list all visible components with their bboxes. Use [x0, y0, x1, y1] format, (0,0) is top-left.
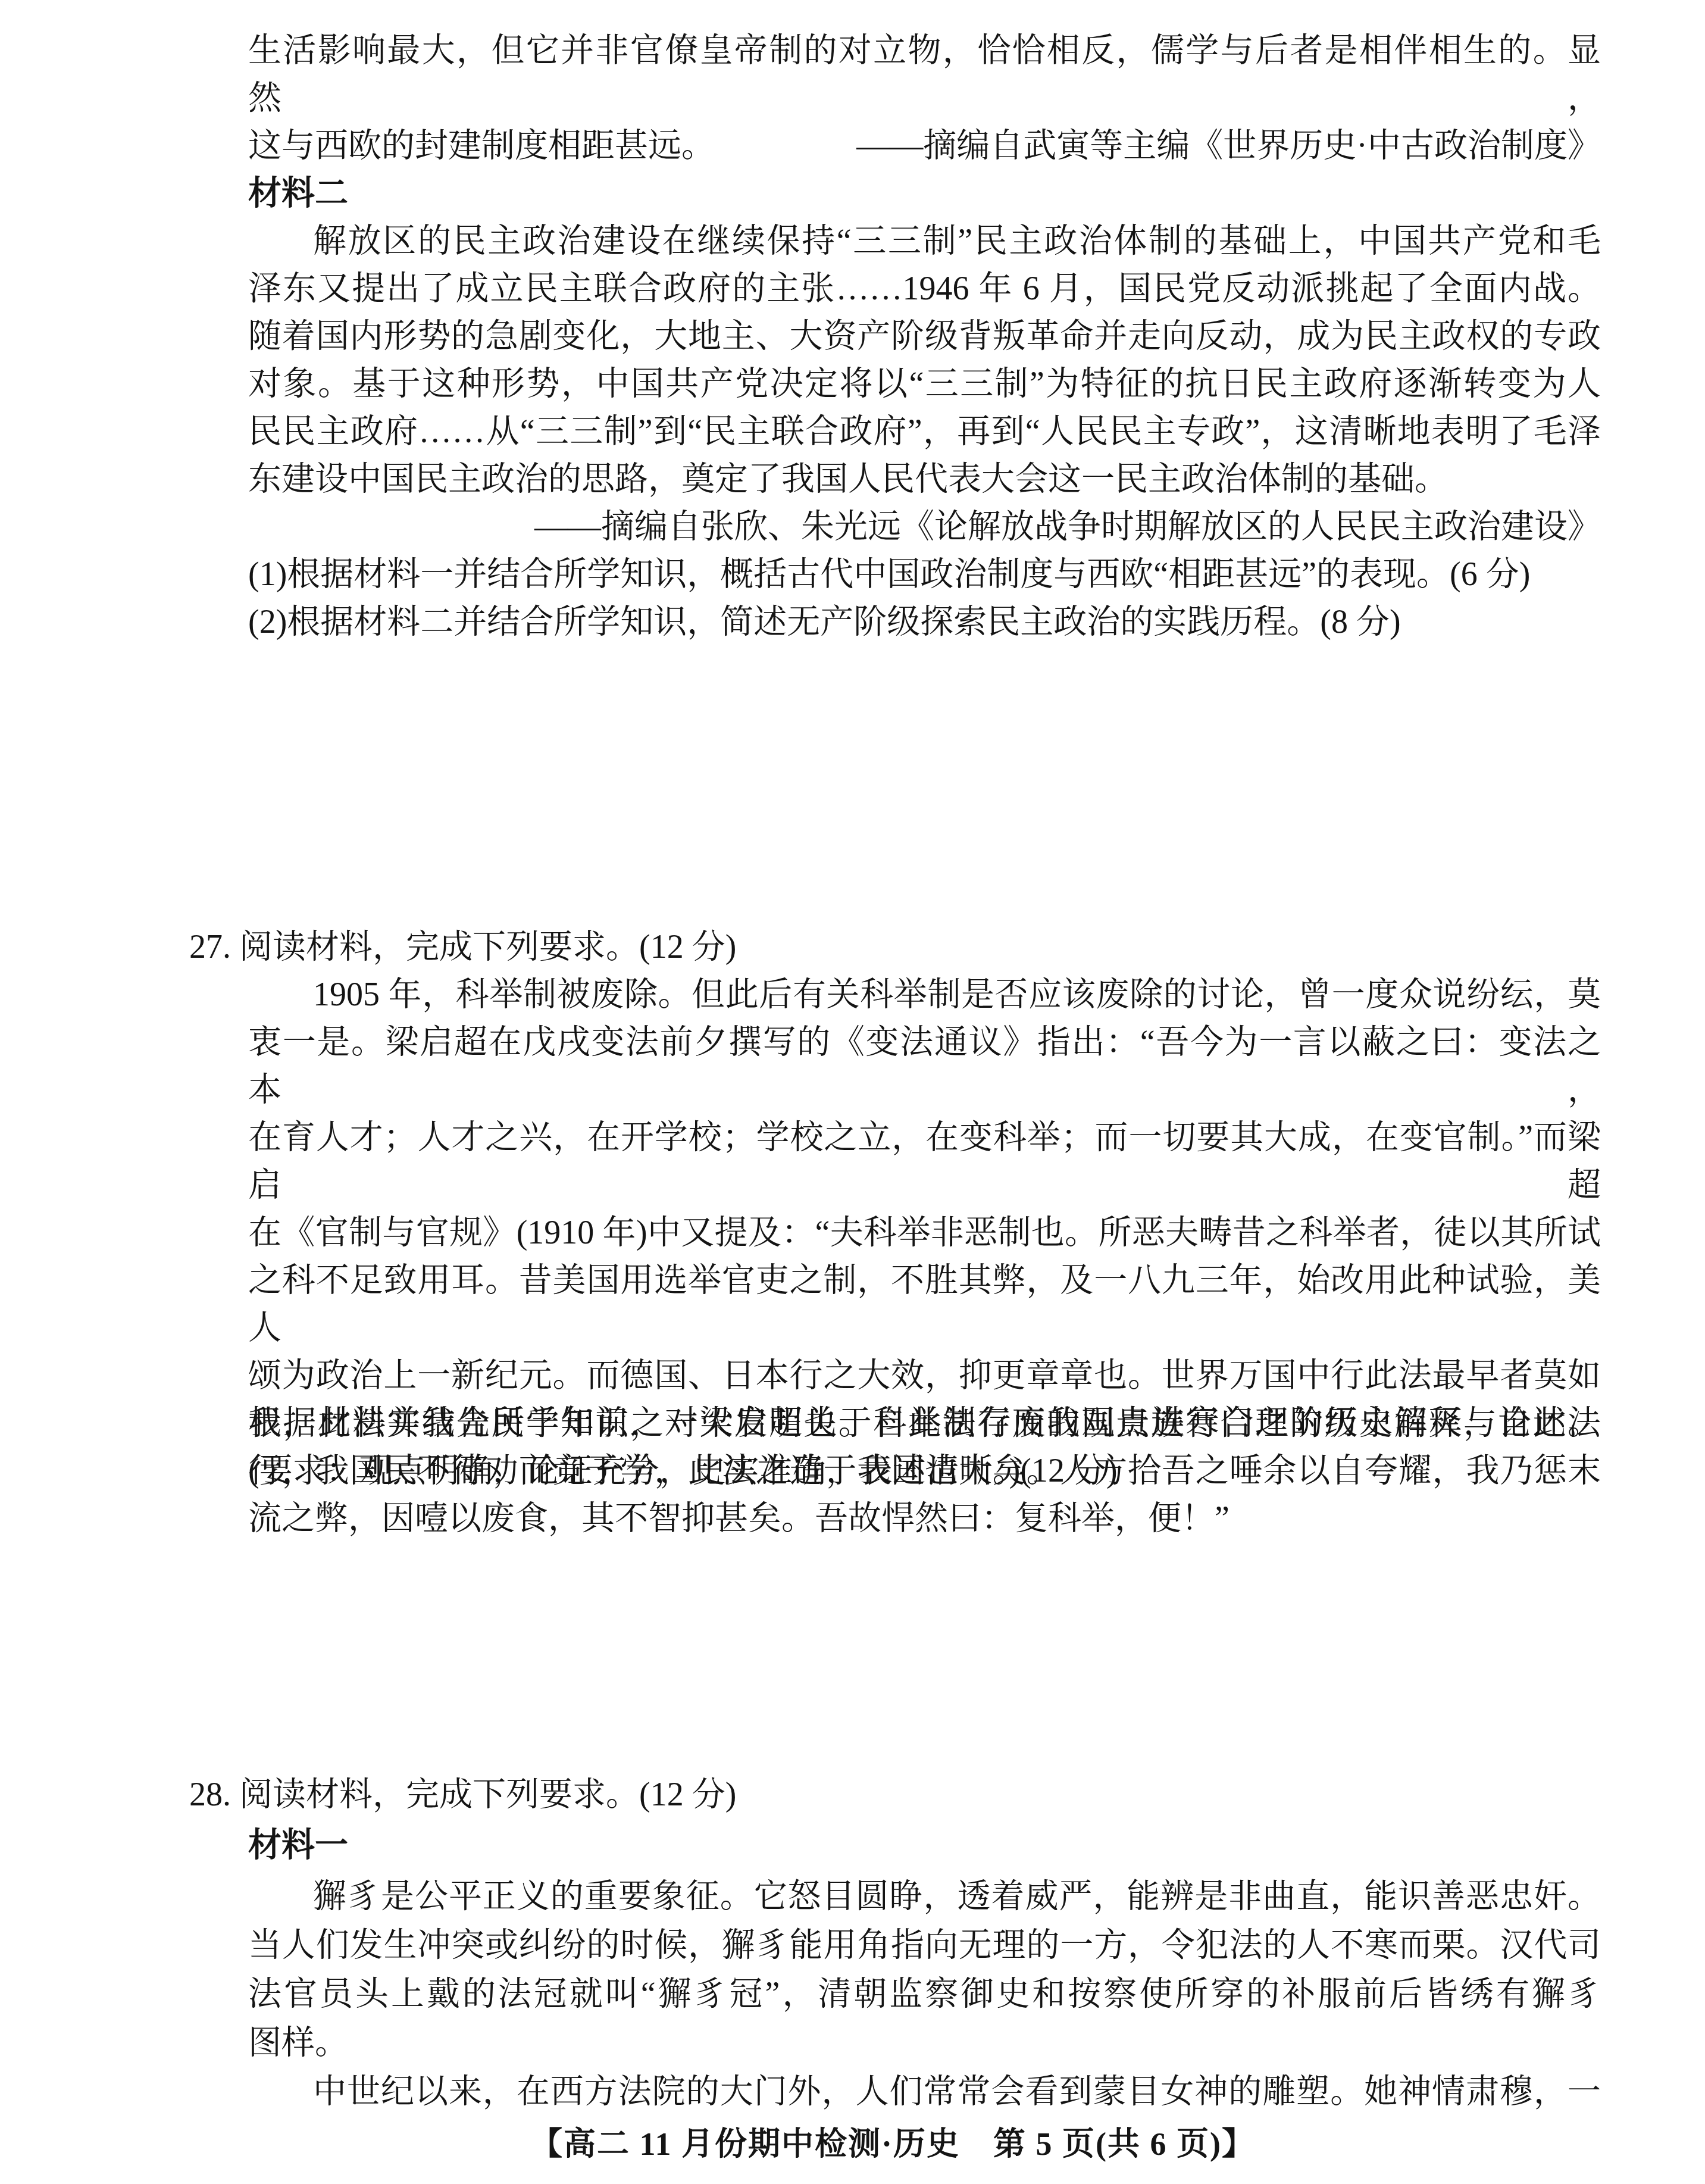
text-line: 当人们发生冲突或纠纷的时候，獬豸能用角指向无理的一方，令犯法的人不寒而栗。汉代司	[189, 1921, 1601, 1970]
text-line: 流之弊，因噎以废食，其不智抑甚矣。吾故悍然曰：复科举，便！”	[189, 1495, 1601, 1542]
q26-source2-citation: ——摘编自张欣、朱光远《论解放战争时期解放区的人民民主政治建设》	[189, 503, 1601, 551]
text-line: 衷一是。梁启超在戊戌变法前夕撰写的《变法通议》指出：“吾今为一言以蔽之曰：变法之…	[189, 1018, 1601, 1114]
requirement-line: (要求：观点明确，论证充分，史实准确，表述清晰。)(12 分)	[189, 1447, 1601, 1495]
question-number-line: 28. 阅读材料，完成下列要求。(12 分)	[189, 1771, 1601, 1819]
footer-text: 【高二 11 月份期中检测·历史 第 5 页(共 6 页)】	[530, 2126, 1255, 2162]
text-line: 中世纪以来，在西方法院的大门外，人们常常会看到蒙目女神的雕塑。她神情肃穆，一	[189, 2067, 1601, 2116]
text-line: 泽东又提出了成立民主联合政府的主张……1946 年 6 月，国民党反动派挑起了全…	[189, 265, 1601, 313]
text-line: 1905 年，科举制被废除。但此后有关科举制是否应该废除的讨论，曾一度众说纷纭，…	[189, 971, 1601, 1018]
exam-page: { "question26": { "carry_lines": [ "生活影响…	[0, 0, 1705, 2184]
subquestion-line: (2)根据材料二并结合所学知识，简述无产阶级探索民主政治的实践历程。(8 分)	[189, 598, 1601, 646]
text-line: 解放区的民主政治建设在继续保持“三三制”民主政治体制的基础上，中国共产党和毛	[189, 217, 1601, 265]
q27-heading: 27. 阅读材料，完成下列要求。(12 分)	[189, 923, 1601, 971]
q26-material2-heading: 材料二	[189, 170, 1601, 217]
q26-subquestion-2: (2)根据材料二并结合所学知识，简述无产阶级探索民主政治的实践历程。(8 分)	[189, 598, 1601, 646]
text-line: 民民主政府……从“三三制”到“民主联合政府”，再到“人民民主专政”，这清晰地表明…	[189, 408, 1601, 455]
page-footer: 【高二 11 月份期中检测·历史 第 5 页(共 6 页)】	[80, 2123, 1705, 2166]
q28-heading: 28. 阅读材料，完成下列要求。(12 分)	[189, 1771, 1601, 1819]
q26-material2-paragraph: 解放区的民主政治建设在继续保持“三三制”民主政治体制的基础上，中国共产党和毛 泽…	[189, 217, 1601, 503]
text-line: 东建设中国民主政治的思路，奠定了我国人民代表大会这一民主政治体制的基础。	[189, 455, 1601, 503]
material-heading: 材料二	[189, 170, 1601, 217]
text-line: 图样。	[189, 2019, 1601, 2067]
q27-requirement: (要求：观点明确，论证充分，史实准确，表述清晰。)(12 分)	[189, 1447, 1601, 1495]
q26-subquestion-1: (1)根据材料一并结合所学知识，概括古代中国政治制度与西欧“相距甚远”的表现。(…	[189, 551, 1601, 598]
material-heading: 材料一	[189, 1821, 1601, 1869]
subquestion-line: (1)根据材料一并结合所学知识，概括古代中国政治制度与西欧“相距甚远”的表现。(…	[189, 551, 1601, 598]
text-line: 颂为政治上一新纪元。而德国、日本行之大效，抑更章章也。世界万国中行此法最早者莫如	[189, 1352, 1601, 1399]
q28-material1-paragraph: 獬豸是公平正义的重要象征。它怒目圆睁，透着威严，能辨是非曲直，能识善恶忠奸。 当…	[189, 1872, 1601, 2067]
citation-line: ——摘编自张欣、朱光远《论解放战争时期解放区的人民民主政治建设》	[189, 503, 1601, 551]
q26-source1-citation: ——摘编自武寅等主编《世界历史·中古政治制度》	[189, 122, 1601, 170]
q28-material1-heading: 材料一	[189, 1821, 1601, 1869]
text-line: 生活影响最大，但它并非官僚皇帝制的对立物，恰恰相反，儒学与后者是相伴相生的。显然…	[189, 27, 1601, 122]
text-line: 獬豸是公平正义的重要象征。它怒目圆睁，透着威严，能辨是非曲直，能识善恶忠奸。	[189, 1872, 1601, 1921]
text-line: 对象。基于这种形势，中国共产党决定将以“三三制”为特征的抗日民主政府逐渐转变为人	[189, 360, 1601, 408]
text-line: 随着国内形势的急剧变化，大地主、大资产阶级背叛革命并走向反动，成为民主政权的专政	[189, 313, 1601, 360]
task-line: 根据材料并结合所学知识，对梁启超关于科举制存废的观点进行合理的历史解释与论述。	[189, 1399, 1601, 1447]
text-line: 在《官制与官规》(1910 年)中又提及：“夫科举非恶制也。所恶夫畴昔之科举者，…	[189, 1209, 1601, 1257]
text-line: 在育人才；人才之兴，在开学校；学校之立，在变科举；而一切要其大成，在变官制。”而…	[189, 1114, 1601, 1209]
q27-task: 根据材料并结合所学知识，对梁启超关于科举制存废的观点进行合理的历史解释与论述。	[189, 1399, 1601, 1447]
q28-paragraph2: 中世纪以来，在西方法院的大门外，人们常常会看到蒙目女神的雕塑。她神情肃穆，一	[189, 2067, 1601, 2116]
question-number-line: 27. 阅读材料，完成下列要求。(12 分)	[189, 923, 1601, 971]
text-line: 之科不足致用耳。昔美国用选举官吏之制，不胜其弊，及一八九三年，始改用此种试验，美…	[189, 1257, 1601, 1352]
citation-line: ——摘编自武寅等主编《世界历史·中古政治制度》	[189, 122, 1601, 170]
text-line: 法官员头上戴的法冠就叫“獬豸冠”，清朝监察御史和按察使所穿的补服前后皆绣有獬豸	[189, 1970, 1601, 2019]
